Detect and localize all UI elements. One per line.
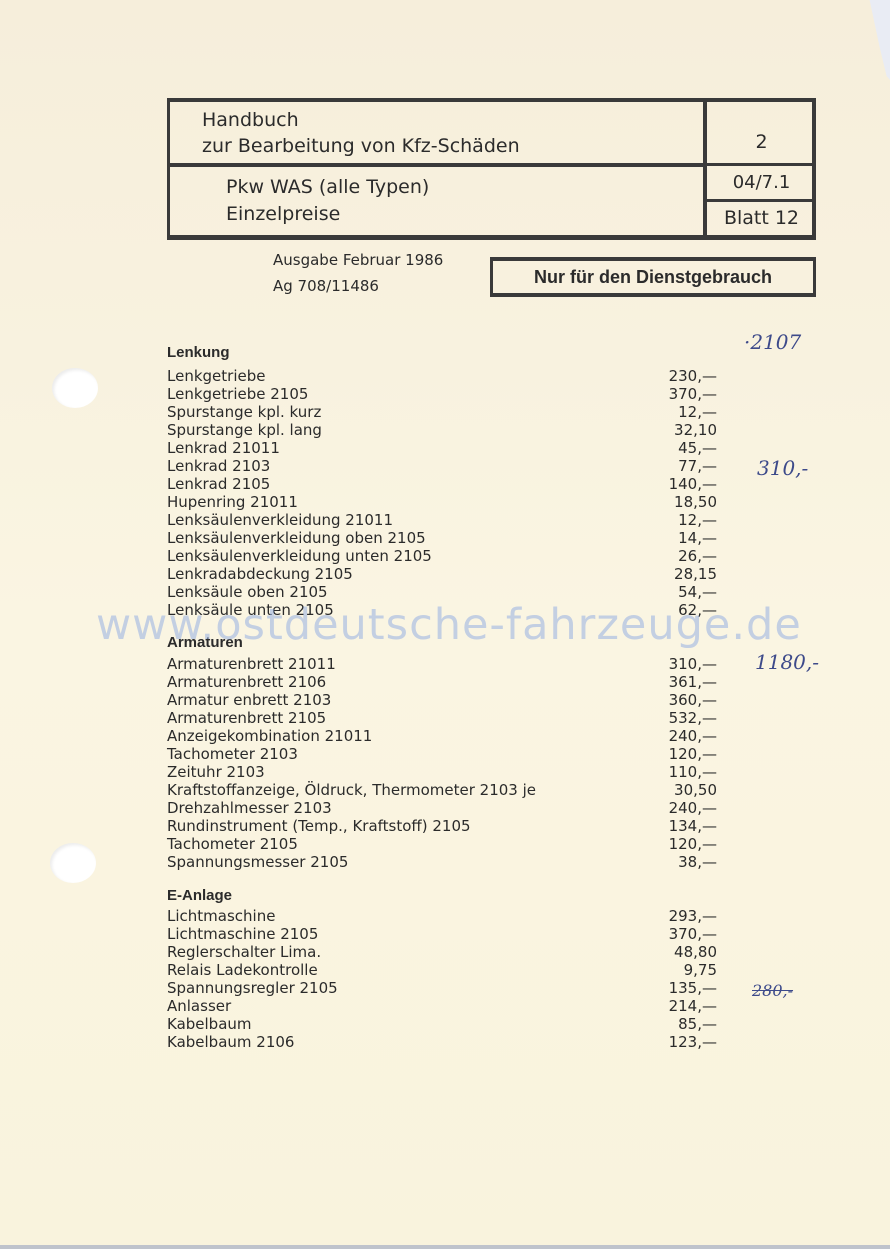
- confidential-stamp: Nur für den Dienstgebrauch: [490, 257, 816, 297]
- item-price: 28,15: [674, 565, 717, 583]
- section-title-e-anlage: E-Anlage: [167, 887, 232, 904]
- list-item: Kraftstoffanzeige, Öldruck, Thermometer …: [167, 781, 717, 799]
- handwritten-lenkrad-note: 310,-: [757, 456, 808, 480]
- item-price: 360,—: [669, 691, 717, 709]
- item-name: Lenksäule oben 2105: [167, 583, 328, 601]
- header-box: Handbuch zur Bearbeitung von Kfz-Schäden…: [167, 98, 816, 240]
- item-name: Relais Ladekontrolle: [167, 961, 318, 979]
- item-price: 18,50: [674, 493, 717, 511]
- list-item: Spannungsregler 2105135,—: [167, 979, 717, 997]
- item-name: Lenksäulenverkleidung oben 2105: [167, 529, 426, 547]
- list-item: Drehzahlmesser 2103240,—: [167, 799, 717, 817]
- item-name: Kraftstoffanzeige, Öldruck, Thermometer …: [167, 781, 536, 799]
- item-price: 45,—: [678, 439, 717, 457]
- item-name: Kabelbaum: [167, 1015, 252, 1033]
- item-name: Lenkgetriebe 2105: [167, 385, 308, 403]
- item-name: Tachometer 2105: [167, 835, 298, 853]
- item-price: 14,—: [678, 529, 717, 547]
- item-price: 532,—: [669, 709, 717, 727]
- item-price: 310,—: [669, 655, 717, 673]
- list-item: Lichtmaschine 2105370,—: [167, 925, 717, 943]
- border-line: [167, 98, 170, 240]
- reference-number: Ag 708/11486: [273, 273, 443, 299]
- list-item: Anzeigekombination 21011240,—: [167, 727, 717, 745]
- item-name: Spannungsmesser 2105: [167, 853, 348, 871]
- item-name: Lenkrad 2105: [167, 475, 270, 493]
- item-name: Hupenring 21011: [167, 493, 298, 511]
- list-item: Lenkrad 2101145,—: [167, 439, 717, 457]
- volume-number: 2: [707, 131, 816, 153]
- list-item: Armaturenbrett 2106361,—: [167, 673, 717, 691]
- list-item: Armaturenbrett 21011310,—: [167, 655, 717, 673]
- item-price: 230,—: [669, 367, 717, 385]
- list-item: Reglerschalter Lima.48,80: [167, 943, 717, 961]
- list-item: Lenksäulenverkleidung oben 210514,—: [167, 529, 717, 547]
- item-price: 370,—: [669, 385, 717, 403]
- handwritten-model-note: ·2107: [744, 330, 801, 354]
- list-item: Rundinstrument (Temp., Kraftstoff) 21051…: [167, 817, 717, 835]
- item-price: 32,10: [674, 421, 717, 439]
- list-item: Lenksäule oben 210554,—: [167, 583, 717, 601]
- edition-date: Ausgabe Februar 1986: [273, 247, 443, 273]
- divider: [167, 163, 703, 167]
- price-category: Einzelpreise: [226, 202, 340, 226]
- item-price: 12,—: [678, 511, 717, 529]
- item-name: Lenksäulenverkleidung unten 2105: [167, 547, 432, 565]
- item-price: 110,—: [669, 763, 717, 781]
- border-line: [167, 98, 816, 102]
- list-item: Lenkgetriebe230,—: [167, 367, 717, 385]
- watermark: www.ostdeutsche-fahrzeuge.de: [96, 600, 802, 650]
- item-name: Tachometer 2103: [167, 745, 298, 763]
- list-item: Lenkrad 2105140,—: [167, 475, 717, 493]
- list-item: Tachometer 2105120,—: [167, 835, 717, 853]
- punch-hole-bottom: [50, 843, 96, 883]
- item-name: Anlasser: [167, 997, 231, 1015]
- item-price: 120,—: [669, 745, 717, 763]
- item-name: Armaturenbrett 21011: [167, 655, 336, 673]
- list-item: Lichtmaschine293,—: [167, 907, 717, 925]
- item-price: 140,—: [669, 475, 717, 493]
- item-name: Reglerschalter Lima.: [167, 943, 321, 961]
- item-name: Kabelbaum 2106: [167, 1033, 294, 1051]
- list-item: Lenkradabdeckung 210528,15: [167, 565, 717, 583]
- list-item: Spurstange kpl. kurz12,—: [167, 403, 717, 421]
- sheet-number: Blatt 12: [707, 207, 816, 229]
- handbook-title: Handbuch: [202, 108, 299, 132]
- item-price: 135,—: [669, 979, 717, 997]
- item-price: 240,—: [669, 727, 717, 745]
- item-price: 370,—: [669, 925, 717, 943]
- section-title-lenkung: Lenkung: [167, 344, 230, 361]
- item-name: Rundinstrument (Temp., Kraftstoff) 2105: [167, 817, 471, 835]
- section-code: 04/7.1: [707, 172, 816, 193]
- item-name: Drehzahlmesser 2103: [167, 799, 332, 817]
- item-price: 38,—: [678, 853, 717, 871]
- item-price: 120,—: [669, 835, 717, 853]
- item-name: Armaturenbrett 2105: [167, 709, 326, 727]
- item-name: Lenkrad 21011: [167, 439, 280, 457]
- item-name: Lenksäulenverkleidung 21011: [167, 511, 393, 529]
- list-item: Kabelbaum 2106123,—: [167, 1033, 717, 1051]
- item-name: Lenkgetriebe: [167, 367, 265, 385]
- list-item: Lenkrad 210377,—: [167, 457, 717, 475]
- list-item: Armatur enbrett 2103360,—: [167, 691, 717, 709]
- border-line: [167, 235, 816, 240]
- list-item: Lenksäulenverkleidung unten 210526,—: [167, 547, 717, 565]
- divider: [707, 199, 816, 202]
- item-name: Armatur enbrett 2103: [167, 691, 331, 709]
- list-item: Spurstange kpl. lang32,10: [167, 421, 717, 439]
- list-item: Lenksäulenverkleidung 2101112,—: [167, 511, 717, 529]
- item-price: 26,—: [678, 547, 717, 565]
- item-name: Spurstange kpl. lang: [167, 421, 322, 439]
- item-price: 77,—: [678, 457, 717, 475]
- handbook-subtitle: zur Bearbeitung von Kfz-Schäden: [202, 134, 520, 158]
- item-price: 54,—: [678, 583, 717, 601]
- item-price: 85,—: [678, 1015, 717, 1033]
- list-item: Zeituhr 2103110,—: [167, 763, 717, 781]
- item-name: Lenkradabdeckung 2105: [167, 565, 353, 583]
- item-name: Armaturenbrett 2106: [167, 673, 326, 691]
- item-price: 134,—: [669, 817, 717, 835]
- item-name: Spurstange kpl. kurz: [167, 403, 321, 421]
- vehicle-type: Pkw WAS (alle Typen): [226, 175, 429, 199]
- item-price: 12,—: [678, 403, 717, 421]
- item-name: Lichtmaschine: [167, 907, 275, 925]
- item-price: 214,—: [669, 997, 717, 1015]
- list-item: Kabelbaum85,—: [167, 1015, 717, 1033]
- item-name: Spannungsregler 2105: [167, 979, 338, 997]
- item-price: 9,75: [684, 961, 717, 979]
- item-price: 240,—: [669, 799, 717, 817]
- list-item: Lenkgetriebe 2105370,—: [167, 385, 717, 403]
- list-item: Anlasser214,—: [167, 997, 717, 1015]
- item-price: 361,—: [669, 673, 717, 691]
- list-item: Armaturenbrett 2105532,—: [167, 709, 717, 727]
- item-name: Zeituhr 2103: [167, 763, 265, 781]
- page-bottom-edge: [0, 1245, 890, 1249]
- item-price: 48,80: [674, 943, 717, 961]
- handwritten-armaturen-note: 1180,-: [755, 650, 819, 674]
- item-price: 293,—: [669, 907, 717, 925]
- list-item: Hupenring 2101118,50: [167, 493, 717, 511]
- issue-info: Ausgabe Februar 1986 Ag 708/11486: [273, 247, 443, 299]
- punch-hole-top: [52, 368, 98, 408]
- item-name: Anzeigekombination 21011: [167, 727, 372, 745]
- item-name: Lenkrad 2103: [167, 457, 270, 475]
- list-item: Relais Ladekontrolle9,75: [167, 961, 717, 979]
- handwritten-crossed-note: 280,-: [752, 981, 793, 1000]
- list-item: Spannungsmesser 210538,—: [167, 853, 717, 871]
- divider: [707, 163, 816, 166]
- list-item: Tachometer 2103120,—: [167, 745, 717, 763]
- item-price: 123,—: [669, 1033, 717, 1051]
- item-name: Lichtmaschine 2105: [167, 925, 318, 943]
- item-price: 30,50: [674, 781, 717, 799]
